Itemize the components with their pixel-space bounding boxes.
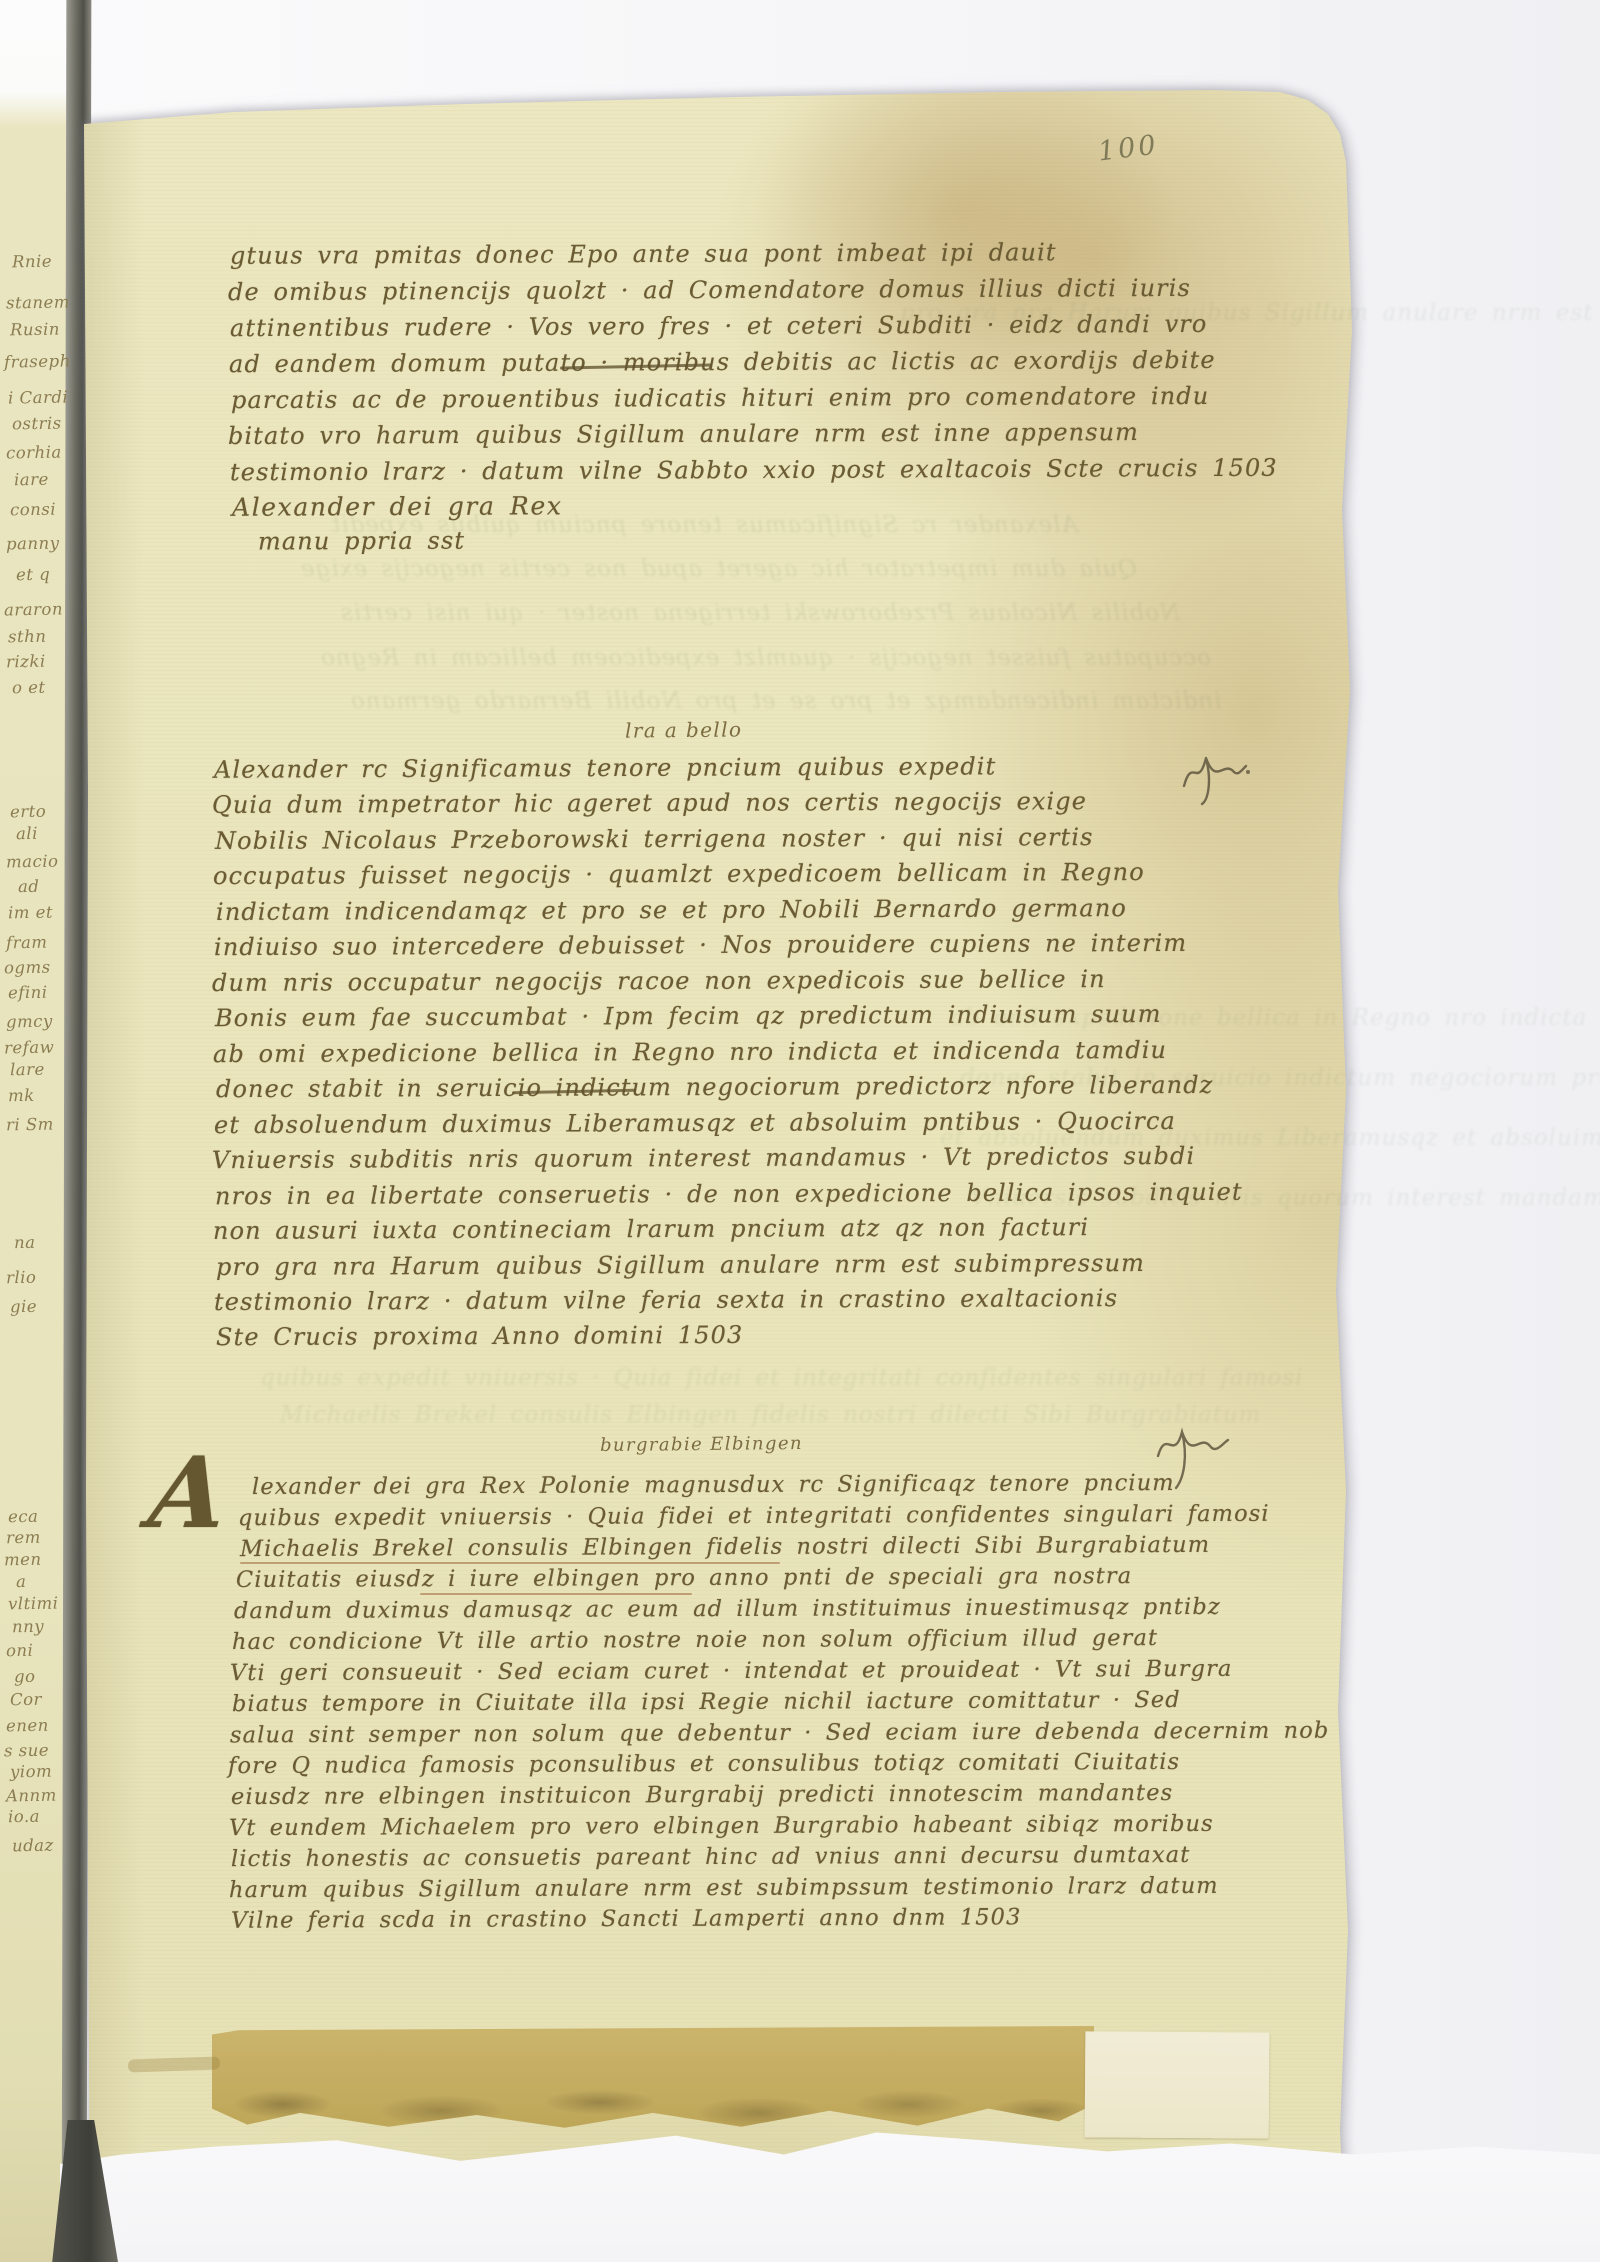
gutter-fragment: go xyxy=(14,1667,36,1686)
gutter-fragment: a xyxy=(16,1572,27,1591)
gutter-fragment: iare xyxy=(14,470,49,490)
gutter-fragment: ogms xyxy=(4,958,51,978)
gutter-fragment: im et xyxy=(8,903,53,923)
gutter-fragment: fraseph xyxy=(4,351,71,371)
gutter-fragment: udaz xyxy=(12,1836,54,1856)
manuscript-line: indictam indicendamqz et pro se et pro N… xyxy=(216,896,1127,924)
gutter-fragment: i Cardi xyxy=(8,387,69,407)
gutter-fragment: men xyxy=(4,1550,42,1570)
manuscript-line: nros in ea libertate conseruetis · de no… xyxy=(215,1180,1243,1208)
manuscript-line: salua sint semper non solum que debentur… xyxy=(230,1720,1329,1747)
manuscript-line: Nobilis Nicolaus Przeborowski terrigena … xyxy=(215,825,1094,853)
gutter-fragment: ri Sm xyxy=(6,1115,54,1135)
manuscript-line: Bonis eum fae succumbat · Ipm fecim qz p… xyxy=(215,1002,1162,1030)
manuscript-line: quibus expedit vniuersis · Quia fidei et… xyxy=(238,1503,1270,1530)
gutter-fragment: ostris xyxy=(12,414,62,434)
royal-signature: Alexander dei gra Rex xyxy=(232,493,563,519)
manuscript-line: biatus tempore in Ciuitate illa ipsi Reg… xyxy=(232,1689,1181,1716)
manuscript-line: parcatis ac de prouentibus iudicatis hit… xyxy=(231,384,1209,412)
gutter-fragment: s sue xyxy=(4,1741,49,1761)
manuscript-line: ab omi expedicione bellica in Regno nro … xyxy=(213,1038,1167,1066)
folio-number: 100 xyxy=(1096,129,1160,167)
gutter-fragment: gie xyxy=(10,1297,37,1316)
manuscript-line: harum quibus Sigillum anulare nrm est su… xyxy=(229,1875,1219,1902)
gutter-fragment: yiom xyxy=(10,1762,53,1782)
manuscript-line: testimonio lrarz · datum vilne Sabbto xx… xyxy=(230,456,1278,485)
show-through-text: Michaelis Brekel consulis Elbingen fidel… xyxy=(280,1402,1262,1428)
manuscript-line: Vniuersis subditis nris quorum interest … xyxy=(212,1144,1195,1172)
manuscript-line: donec stabit in seruicio indictum negoci… xyxy=(216,1073,1213,1101)
gutter-fragment: vltimi xyxy=(8,1594,59,1614)
gutter-fragment: eca xyxy=(8,1507,39,1527)
manuscript-line: Alexander rc Significamus tenore pncium … xyxy=(214,754,996,781)
entry-heading: lra a bello xyxy=(625,717,743,742)
manuscript-line: ad eandem domum putato · moribus debitis… xyxy=(229,348,1216,376)
gutter-fragment: mk xyxy=(8,1086,35,1105)
show-through-text: Quia dum impetrator hic ageret apud nos … xyxy=(300,556,1137,582)
entry-heading: burgrabie Elbingen xyxy=(600,1433,803,1456)
manuscript-line: de omibus ptinencijs quolzt · ad Comenda… xyxy=(228,276,1191,304)
scribal-flourish-icon xyxy=(1150,1418,1236,1492)
gutter-fragment: fram xyxy=(6,933,48,953)
scribal-flourish-icon xyxy=(1178,742,1256,806)
manuscript-scan: 100 Alexander rc Significamus tenore pnc… xyxy=(0,0,1600,2262)
gutter-fragment: ad xyxy=(18,877,40,896)
gutter-fragment: rem xyxy=(6,1528,41,1548)
manuscript-line: pro gra nra Harum quibus Sigillum anular… xyxy=(216,1251,1145,1279)
gutter-fragment: macio xyxy=(6,852,59,872)
gutter-fragment: Cor xyxy=(10,1690,42,1710)
gutter-fragment: o et xyxy=(12,678,46,698)
gutter-fragment: oni xyxy=(6,1641,34,1660)
gutter-fragment: Rnie xyxy=(12,252,52,272)
manuscript-line: hac condicione Vt ille artio nostre noie… xyxy=(232,1627,1158,1654)
manuscript-line: Vt eundem Michaelem pro vero elbingen Bu… xyxy=(229,1813,1214,1840)
decorated-initial: A xyxy=(145,1450,230,1538)
manuscript-line: Vti geri consueuit · Sed eciam curet · i… xyxy=(230,1658,1233,1685)
manuscript-line: indiuiso suo intercedere debuisset · Nos… xyxy=(214,931,1187,959)
gutter-fragment: ali xyxy=(16,824,38,843)
show-through-text: occupatus fuisset negocijs · quamlzt exp… xyxy=(320,645,1211,671)
manuscript-line: dum nris occupatur negocijs racoe non ex… xyxy=(212,967,1106,995)
gutter-fragment: refaw xyxy=(4,1038,55,1058)
gutter-fragment: io.a xyxy=(8,1807,40,1827)
gutter-fragment: consi xyxy=(10,500,56,520)
gutter-fragment: et q xyxy=(16,565,51,585)
gutter-fragment: enen xyxy=(6,1716,49,1736)
gutter-fragment: araron xyxy=(4,599,63,619)
gutter-fragment: Rusin xyxy=(10,320,60,340)
subscription-note: manu ppria sst xyxy=(258,529,465,554)
manuscript-line: Ciuitatis eiusdz i iure elbingen pro ann… xyxy=(236,1565,1132,1591)
manuscript-line: lexander dei gra Rex Polonie magnusdux r… xyxy=(252,1472,1175,1499)
manuscript-line: fore Q nudica famosis pconsulibus et con… xyxy=(228,1751,1180,1778)
page-content: 100 Alexander rc Significamus tenore pnc… xyxy=(0,0,1600,2262)
gutter-fragment: corhia xyxy=(6,443,62,463)
manuscript-line: dandum duximus damusqz ac eum ad illum i… xyxy=(234,1596,1221,1623)
manuscript-line: et absoluendum duximus Liberamusqz et ab… xyxy=(214,1109,1176,1137)
manuscript-line: testimonio lrarz · datum vilne feria sex… xyxy=(214,1286,1118,1314)
show-through-text: indictam indicendamqz et pro se et pro N… xyxy=(350,688,1221,714)
gutter-fragment: efini xyxy=(8,983,48,1003)
gutter-fragment: Annm xyxy=(6,1786,57,1806)
gutter-fragment: rlio xyxy=(6,1268,37,1288)
manuscript-line: Ste Crucis proxima Anno domini 1503 xyxy=(216,1323,743,1349)
manuscript-line: Quia dum impetrator hic ageret apud nos … xyxy=(212,789,1087,817)
manuscript-line: eiusdz nre elbingen instituicon Burgrabi… xyxy=(231,1782,1173,1809)
manuscript-line: bitato vro harum quibus Sigillum anulare… xyxy=(228,420,1139,448)
gutter-fragment: rizki xyxy=(6,652,46,672)
gutter-fragment: stanem xyxy=(6,292,70,312)
gutter-fragment: lare xyxy=(10,1060,45,1080)
manuscript-line: Vilne feria scda in crastino Sancti Lamp… xyxy=(231,1906,1022,1932)
manuscript-line: Michaelis Brekel consulis Elbingen fidel… xyxy=(240,1534,1210,1561)
manuscript-line: attinentibus rudere · Vos vero fres · et… xyxy=(230,312,1207,340)
gutter-fragment: gmcy xyxy=(6,1012,53,1032)
gutter-fragment: na xyxy=(14,1233,36,1252)
gutter-fragment: erto xyxy=(10,802,47,822)
manuscript-line: lictis honestis ac consuetis pareant hin… xyxy=(231,1844,1190,1871)
gutter-fragment: sthn xyxy=(8,627,47,647)
underline-mark xyxy=(240,1562,780,1564)
show-through-text: quibus expedit vniuersis · Quia fidei et… xyxy=(260,1365,1303,1391)
manuscript-line: gtuus vra pmitas donec Epo ante sua pont… xyxy=(230,240,1057,268)
manuscript-line: occupatus fuisset negocijs · quamlzt exp… xyxy=(213,860,1145,888)
gutter-fragment: panny xyxy=(6,534,60,554)
show-through-text: Nobilis Nicolaus Przeborowski terrigena … xyxy=(340,600,1180,626)
gutter-fragment: nny xyxy=(12,1617,44,1637)
manuscript-line: non ausuri iuxta contineciam lrarum pnci… xyxy=(213,1215,1089,1243)
underline-mark xyxy=(420,1593,692,1595)
